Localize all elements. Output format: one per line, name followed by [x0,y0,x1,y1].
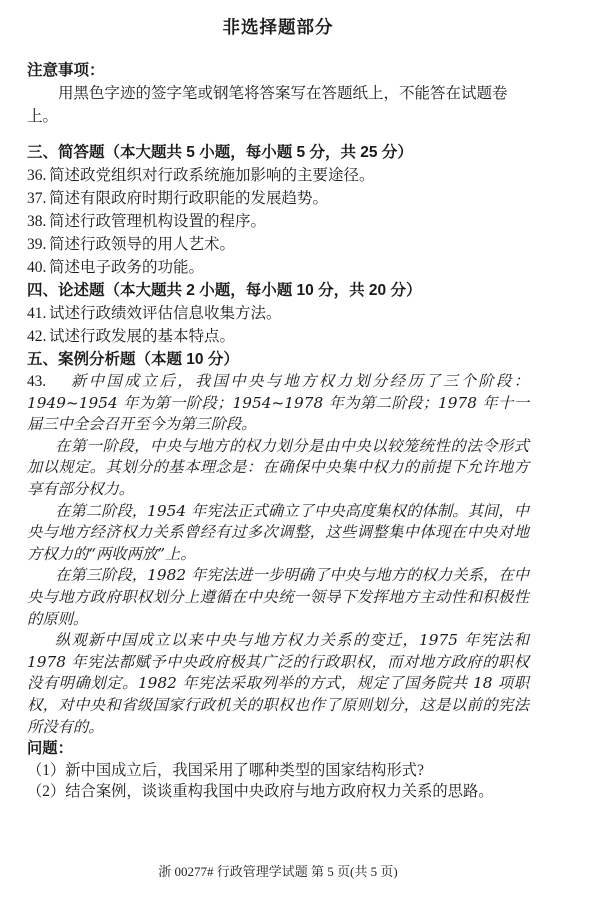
item-number: 42. [27,325,49,348]
case-paragraph: 在第二阶段，1954 年宪法正式确立了中央高度集权的体制。其间，中央与地方经济权… [27,501,529,566]
question-item: 42. 试述行政发展的基本特点。 [27,325,529,348]
notice-body-text: 用黑色字迹的签字笔或钢笔将答案写在答题纸上，不能答在试题卷上。 [27,82,529,128]
case-question: （2）结合案例，谈谈重构我国中央政府与地方政府权力关系的思路。 [27,781,529,803]
item-number: 43. [27,371,46,393]
question-item: 38. 简述行政管理机构设置的程序。 [27,210,529,233]
item-text: 简述行政管理机构设置的程序。 [49,210,266,233]
question-item: 36. 简述政党组织对行政系统施加影响的主要途径。 [27,164,529,187]
item-text: 简述电子政务的功能。 [49,256,204,279]
item-number: 39. [27,233,49,256]
content-column: 非选择题部分 注意事项： 用黑色字迹的签字笔或钢笔将答案写在答题纸上，不能答在试… [27,15,529,803]
question-item: 39. 简述行政领导的用人艺术。 [27,233,529,256]
case-paragraph: 在第一阶段，中央与地方的权力划分是由中央以较笼统性的法令形式加以规定。其划分的基… [27,436,529,501]
section-heading-case-analysis: 五、案例分析题（本题 10 分） [27,348,529,371]
item-number: 40. [27,256,49,279]
item-number: 38. [27,210,49,233]
section-heading-short-answer: 三、简答题（本大题共 5 小题，每小题 5 分，共 25 分） [27,141,529,164]
case-paragraph: 在第三阶段，1982 年宪法进一步明确了中央与地方的权力关系，在中央与地方政府职… [27,565,529,630]
item-text: 试述行政绩效评估信息收集方法。 [49,302,282,325]
item-number: 41. [27,302,49,325]
case-paragraph: 纵观新中国成立以来中央与地方权力关系的变迁，1975 年宪法和 1978 年宪法… [27,630,529,738]
item-number: 36. [27,164,49,187]
item-text: 简述行政领导的用人艺术。 [49,233,235,256]
question-item: 37. 简述有限政府时期行政职能的发展趋势。 [27,187,529,210]
question-item: 40. 简述电子政务的功能。 [27,256,529,279]
case-paragraph: 新中国成立后，我国中央与地方权力划分经历了三个阶段：1949~1954 年为第一… [27,371,529,436]
question-item: 41. 试述行政绩效评估信息收集方法。 [27,302,529,325]
page-footer: 浙 00277# 行政管理学试题 第 5 页(共 5 页) [27,863,529,881]
case-questions-heading: 问题： [27,738,529,760]
case-study-block: 43. 新中国成立后，我国中央与地方权力划分经历了三个阶段：1949~1954 … [27,371,529,803]
item-text: 简述有限政府时期行政职能的发展趋势。 [49,187,328,210]
case-question: （1）新中国成立后，我国采用了哪种类型的国家结构形式? [27,760,529,782]
page-title: 非选择题部分 [27,15,529,39]
section-heading-essay: 四、论述题（本大题共 2 小题，每小题 10 分，共 20 分） [27,279,529,302]
item-text: 试述行政发展的基本特点。 [49,325,235,348]
item-number: 37. [27,187,49,210]
notice-heading: 注意事项： [27,59,529,82]
item-text: 简述政党组织对行政系统施加影响的主要途径。 [49,164,375,187]
question-sections: 三、简答题（本大题共 5 小题，每小题 5 分，共 25 分） 36. 简述政党… [27,141,529,803]
